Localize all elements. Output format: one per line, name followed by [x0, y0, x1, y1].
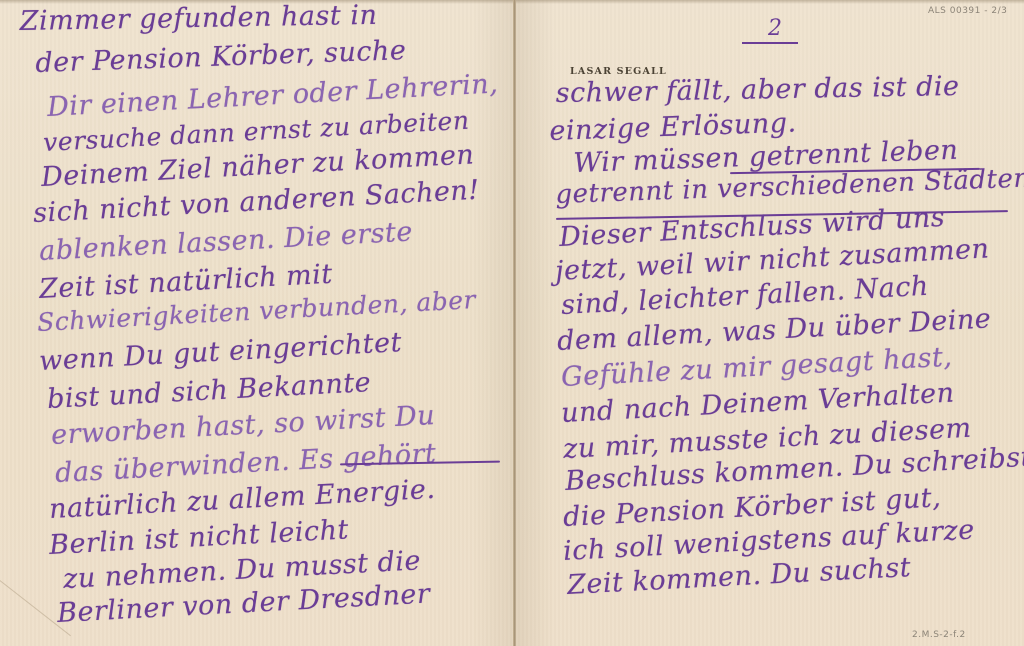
page-number-underline — [742, 42, 798, 44]
page-number: 2 — [768, 16, 782, 41]
archive-code-bottom: 2.M.S-2-f.2 — [912, 630, 966, 640]
letter-spread: Zimmer gefunden hast in der Pension Körb… — [0, 0, 1024, 646]
archive-code-top: ALS 00391 - 2/3 — [928, 6, 1007, 16]
left-line-1: Zimmer gefunden hast in — [19, 0, 377, 37]
